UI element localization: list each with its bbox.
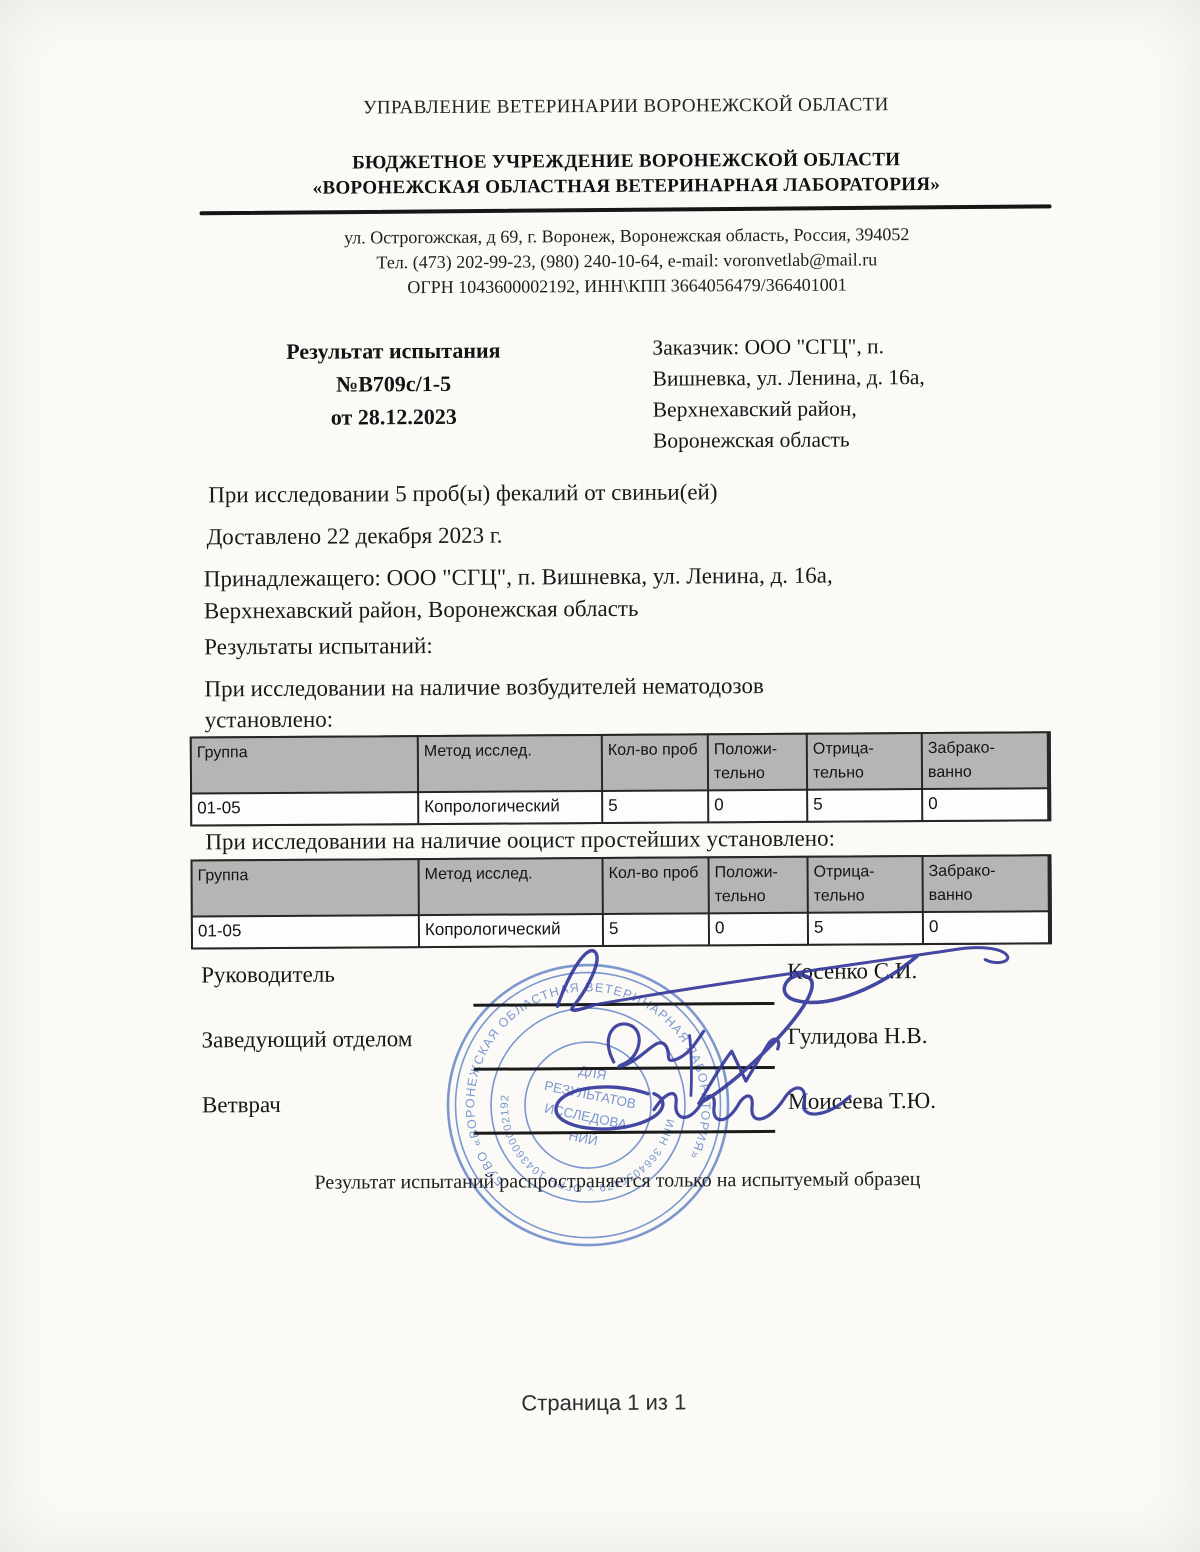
signature-ink-director — [699, 1039, 779, 1103]
document-content: УПРАВЛЕНИЕ ВЕТЕРИНАРИИ ВОРОНЕЖСКОЙ ОБЛАС… — [0, 0, 1200, 1552]
signature-ink-director — [557, 951, 597, 1011]
signature-ink-head-of-dept — [690, 1035, 692, 1095]
scanned-document-page: УПРАВЛЕНИЕ ВЕТЕРИНАРИИ ВОРОНЕЖСКОЙ ОБЛАС… — [0, 0, 1200, 1552]
signature-ink-veterinarian — [556, 1087, 663, 1130]
signature-ink-veterinarian — [654, 1088, 850, 1121]
signature-ink-director — [698, 956, 918, 1103]
handwritten-signatures-overlay — [0, 0, 1200, 1552]
